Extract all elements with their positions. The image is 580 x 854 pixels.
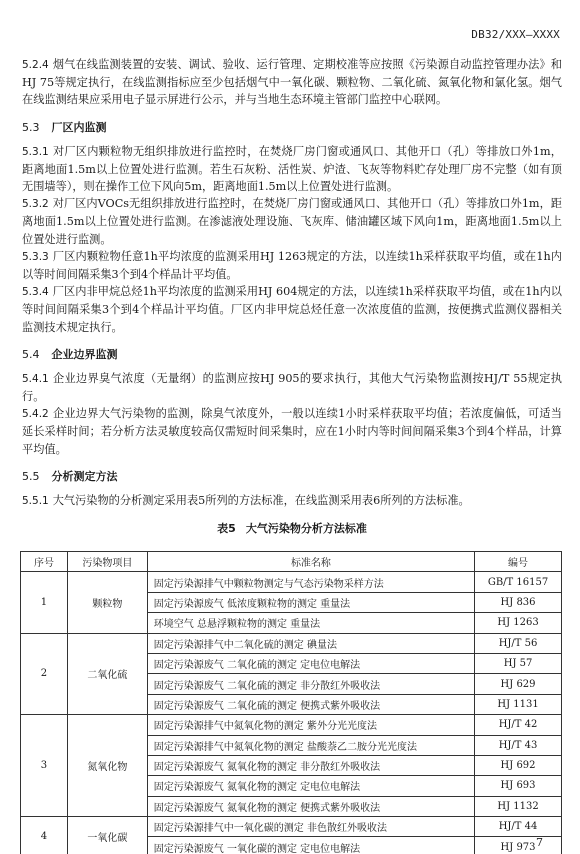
section-title: 企业边界监测 bbox=[52, 348, 118, 361]
cell-code: HJ 973 bbox=[475, 837, 562, 854]
table-header-row: 序号 污染物项目 标准名称 编号 bbox=[21, 552, 562, 572]
cell-pollutant: 一氧化碳 bbox=[67, 817, 147, 854]
table-row: 2 二氧化硫 固定污染源排气中二氧化硫的测定 碘量法 HJ/T 56 bbox=[21, 633, 562, 653]
table-title: 大气污染物分析方法标准 bbox=[246, 522, 367, 535]
section-number: 5.3 bbox=[22, 121, 40, 134]
cell-code: HJ 836 bbox=[475, 592, 562, 612]
page-number: 7 bbox=[536, 836, 543, 849]
cell-standard-name: 固定污染源废气 低浓度颗粒物的测定 重量法 bbox=[147, 592, 474, 612]
clause-number: 5.3.3 bbox=[22, 251, 49, 263]
cell-standard-name: 固定污染源排气中二氧化硫的测定 碘量法 bbox=[147, 633, 474, 653]
clause-text: 大气污染物的分析测定采用表5所列的方法标准，在线监测采用表6所列的方法标准。 bbox=[53, 494, 470, 507]
cell-standard-name: 固定污染源排气中一氧化碳的测定 非色散红外吸收法 bbox=[147, 817, 474, 837]
cell-standard-name: 固定污染源排气中氮氧化物的测定 盐酸萘乙二胺分光光度法 bbox=[147, 735, 474, 755]
header-seq: 序号 bbox=[21, 552, 68, 572]
clause-text: 厂区内颗粒物任意1h平均浓度的监测采用HJ 1263规定的方法，以连续1h采样获… bbox=[22, 250, 562, 281]
table-row: 4 一氧化碳 固定污染源排气中一氧化碳的测定 非色散红外吸收法 HJ/T 44 bbox=[21, 817, 562, 837]
clause-5-2-4: 5.2.4烟气在线监测装置的安装、调试、验收、运行管理、定期校准等应按照《污染源… bbox=[22, 56, 562, 109]
cell-pollutant: 二氧化硫 bbox=[67, 633, 147, 715]
cell-code: HJ/T 44 bbox=[475, 817, 562, 837]
section-heading-5-5: 5.5分析测定方法 bbox=[22, 468, 562, 484]
section-heading-5-4: 5.4企业边界监测 bbox=[22, 346, 562, 362]
cell-code: HJ/T 42 bbox=[475, 715, 562, 735]
table-caption: 表5大气污染物分析方法标准 bbox=[22, 520, 562, 536]
cell-pollutant: 颗粒物 bbox=[67, 572, 147, 633]
clause-5-5-1: 5.5.1大气污染物的分析测定采用表5所列的方法标准，在线监测采用表6所列的方法… bbox=[22, 492, 562, 510]
cell-code: HJ 693 bbox=[475, 776, 562, 796]
clause-5-3-4: 5.3.4厂区内非甲烷总烃1h平均浓度的监测采用HJ 604规定的方法，以连续1… bbox=[22, 283, 562, 336]
clause-text: 烟气在线监测装置的安装、调试、验收、运行管理、定期校准等应按照《污染源自动监控管… bbox=[22, 58, 562, 106]
clause-number: 5.4.1 bbox=[22, 373, 49, 385]
cell-standard-name: 固定污染源废气 氮氧化物的测定 便携式紫外吸收法 bbox=[147, 796, 474, 816]
document-body: 5.2.4烟气在线监测装置的安装、调试、验收、运行管理、定期校准等应按照《污染源… bbox=[22, 56, 562, 545]
cell-code: HJ 692 bbox=[475, 755, 562, 775]
cell-seq: 4 bbox=[21, 817, 68, 854]
cell-standard-name: 固定污染源废气 二氧化硫的测定 定电位电解法 bbox=[147, 653, 474, 673]
cell-pollutant: 氮氧化物 bbox=[67, 715, 147, 817]
cell-standard-name: 固定污染源废气 二氧化硫的测定 便携式紫外吸收法 bbox=[147, 694, 474, 714]
clause-5-3-3: 5.3.3厂区内颗粒物任意1h平均浓度的监测采用HJ 1263规定的方法，以连续… bbox=[22, 248, 562, 283]
clause-5-3-2: 5.3.2对厂区内VOCs无组织排放进行监控时，在焚烧厂房门窗或通风口、其他开口… bbox=[22, 195, 562, 248]
cell-seq: 2 bbox=[21, 633, 68, 715]
clause-text: 对厂区内颗粒物无组织排放进行监控时，在焚烧厂房门窗或通风口、其他开口（孔）等排放… bbox=[22, 145, 562, 193]
cell-standard-name: 固定污染源废气 氮氧化物的测定 非分散红外吸收法 bbox=[147, 755, 474, 775]
clause-number: 5.5.1 bbox=[22, 495, 49, 507]
section-title: 分析测定方法 bbox=[52, 470, 118, 483]
clause-text: 企业边界臭气浓度（无量纲）的监测应按HJ 905的要求执行，其他大气污染物监测按… bbox=[22, 372, 562, 403]
clause-text: 对厂区内VOCs无组织排放进行监控时，在焚烧厂房门窗或通风口、其他开口（孔）等排… bbox=[22, 197, 562, 245]
table-number: 表5 bbox=[217, 522, 236, 535]
header-standard-name: 标准名称 bbox=[147, 552, 474, 572]
cell-seq: 3 bbox=[21, 715, 68, 817]
section-heading-5-3: 5.3厂区内监测 bbox=[22, 119, 562, 135]
table-row: 1 颗粒物 固定污染源排气中颗粒物测定与气态污染物采样方法 GB/T 16157 bbox=[21, 572, 562, 592]
clause-5-4-2: 5.4.2企业边界大气污染物的监测，除臭气浓度外，一般以连续1小时采样获取平均值… bbox=[22, 405, 562, 458]
table-row: 3 氮氧化物 固定污染源排气中氮氧化物的测定 紫外分光光度法 HJ/T 42 bbox=[21, 715, 562, 735]
section-number: 5.5 bbox=[22, 470, 40, 483]
clause-text: 厂区内非甲烷总烃1h平均浓度的监测采用HJ 604规定的方法，以连续1h采样获取… bbox=[22, 285, 562, 333]
document-code-header: DB32/XXX—XXXX bbox=[471, 28, 560, 41]
cell-code: HJ/T 43 bbox=[475, 735, 562, 755]
clause-5-4-1: 5.4.1企业边界臭气浓度（无量纲）的监测应按HJ 905的要求执行，其他大气污… bbox=[22, 370, 562, 405]
cell-standard-name: 固定污染源排气中氮氧化物的测定 紫外分光光度法 bbox=[147, 715, 474, 735]
clause-number: 5.3.4 bbox=[22, 286, 49, 298]
clause-number: 5.3.1 bbox=[22, 146, 49, 158]
cell-standard-name: 固定污染源排气中颗粒物测定与气态污染物采样方法 bbox=[147, 572, 474, 592]
section-title: 厂区内监测 bbox=[52, 121, 107, 134]
cell-code: HJ/T 56 bbox=[475, 633, 562, 653]
clause-number: 5.3.2 bbox=[22, 198, 49, 210]
section-number: 5.4 bbox=[22, 348, 40, 361]
header-code: 编号 bbox=[475, 552, 562, 572]
cell-code: HJ 629 bbox=[475, 674, 562, 694]
cell-seq: 1 bbox=[21, 572, 68, 633]
clause-number: 5.2.4 bbox=[22, 59, 49, 71]
cell-code: HJ 57 bbox=[475, 653, 562, 673]
cell-standard-name: 环境空气 总悬浮颗粒物的测定 重量法 bbox=[147, 613, 474, 633]
cell-code: GB/T 16157 bbox=[475, 572, 562, 592]
cell-code: HJ 1131 bbox=[475, 694, 562, 714]
cell-standard-name: 固定污染源废气 二氧化硫的测定 非分散红外吸收法 bbox=[147, 674, 474, 694]
clause-number: 5.4.2 bbox=[22, 408, 49, 420]
header-pollutant: 污染物项目 bbox=[67, 552, 147, 572]
cell-standard-name: 固定污染源废气 一氧化碳的测定 定电位电解法 bbox=[147, 837, 474, 854]
cell-code: HJ 1263 bbox=[475, 613, 562, 633]
standards-table: 序号 污染物项目 标准名称 编号 1 颗粒物 固定污染源排气中颗粒物测定与气态污… bbox=[20, 551, 562, 854]
cell-code: HJ 1132 bbox=[475, 796, 562, 816]
cell-standard-name: 固定污染源废气 氮氧化物的测定 定电位电解法 bbox=[147, 776, 474, 796]
clause-text: 企业边界大气污染物的监测，除臭气浓度外，一般以连续1小时采样获取平均值；若浓度偏… bbox=[22, 407, 562, 455]
clause-5-3-1: 5.3.1对厂区内颗粒物无组织排放进行监控时，在焚烧厂房门窗或通风口、其他开口（… bbox=[22, 143, 562, 196]
